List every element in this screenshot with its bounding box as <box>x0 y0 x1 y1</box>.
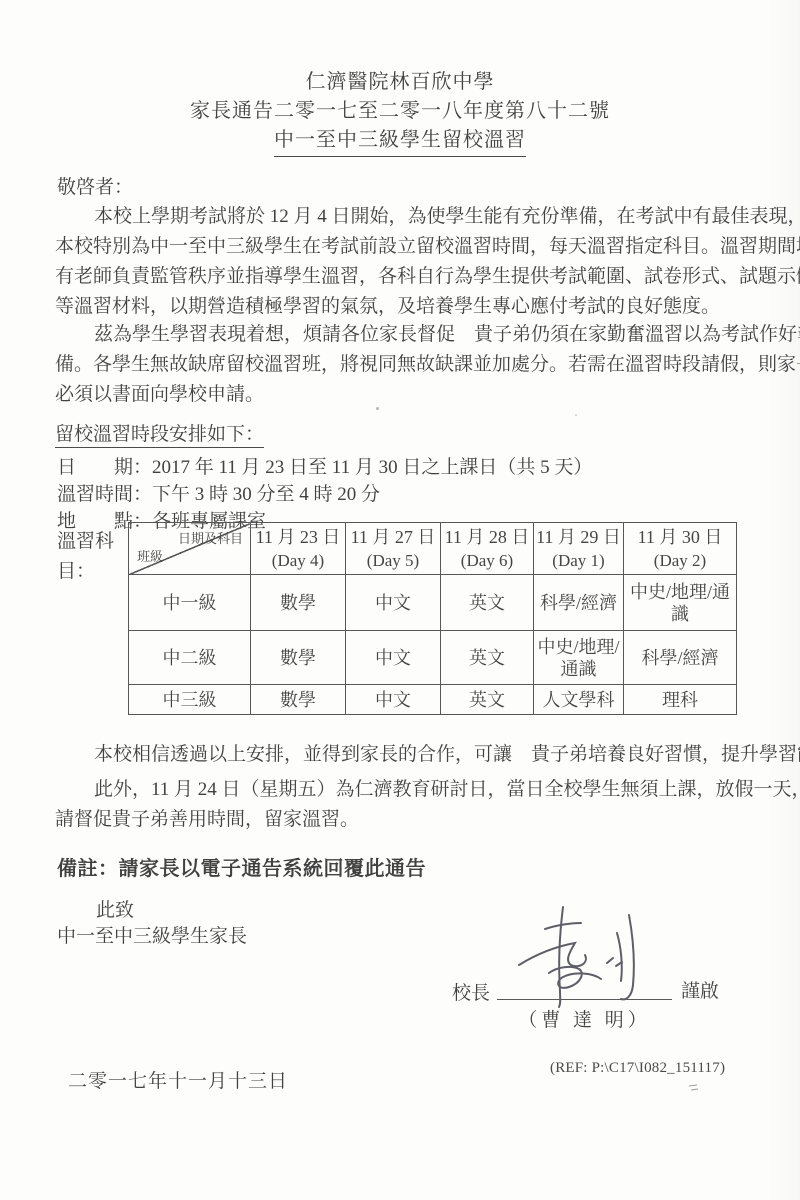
revision-schedule-table: 日期及科目 班級 11 月 23 日(Day 4) 11 月 27 日(Day … <box>128 522 737 715</box>
subject-cell: 科學/經濟 <box>534 575 624 631</box>
table-row: 中一級 數學 中文 英文 科學/經濟 中史/地理/通識 <box>129 575 737 631</box>
grade-cell: 中一級 <box>129 575 251 631</box>
schedule-date-row: 日 期：2017 年 11 月 23 日至 11 月 30 日之上課日（共 5 … <box>57 452 592 479</box>
paragraph-intro: 本校上學期考試將於 12 月 4 日開始，為使學生能有充份準備，在考試中有最佳表… <box>55 202 800 322</box>
notice-subject: 中一至中三級學生留校溫習 <box>0 126 800 157</box>
table-row: 中三級 數學 中文 英文 人文學科 理科 <box>129 685 737 715</box>
principal-label: 校長 <box>452 978 490 1005</box>
subject-cell: 數學 <box>251 575 346 631</box>
paragraph-cooperation: 本校相信透過以上安排，並得到家長的合作，可讓 貴子弟培養良好習慣，提升學習能力。 <box>55 740 800 770</box>
corner-label-class: 班級 <box>137 546 163 568</box>
subject-cell: 人文學科 <box>534 685 624 715</box>
paragraph-reminder: 茲為學生學習表現着想，煩請各位家長督促 貴子弟仍須在家勤奮溫習以為考試作好準 備… <box>55 320 800 410</box>
subject-cell: 英文 <box>441 631 534 685</box>
subject-cell: 數學 <box>251 631 346 685</box>
schedule-date-value: 2017 年 11 月 23 日至 11 月 30 日之上課日（共 5 天） <box>152 457 592 478</box>
schedule-time-value: 下午 3 時 30 分至 4 時 20 分 <box>152 484 380 505</box>
column-header: 11 月 28 日(Day 6) <box>441 523 534 575</box>
scan-artifact <box>575 414 577 416</box>
paragraph-holiday-line: 請督促貴子弟善用時間，留家溫習。 <box>55 805 800 835</box>
subject-cell: 數學 <box>251 685 346 715</box>
paragraph-reminder-line: 備。各學生無故缺席留校溫習班，將視同無故缺課並加處分。若需在溫習時段請假，則家長 <box>55 350 800 380</box>
paragraph-cooperation-line: 本校相信透過以上安排，並得到家長的合作，可讓 貴子弟培養良好習慣，提升學習能力。 <box>55 740 800 770</box>
paragraph-intro-line: 本校上學期考試將於 12 月 4 日開始，為使學生能有充份準備，在考試中有最佳表… <box>55 202 800 232</box>
paragraph-reminder-line: 茲為學生學習表現着想，煩請各位家長督促 貴子弟仍須在家勤奮溫習以為考試作好準 <box>55 320 800 350</box>
closing-recipient: 中一至中三級學生家長 <box>57 921 247 948</box>
schedule-time-label: 溫習時間： <box>57 484 152 505</box>
issue-date: 二零一七年十一月十三日 <box>68 1066 288 1093</box>
schedule-heading: 留校溫習時段安排如下： <box>55 419 264 448</box>
subject-cell: 科學/經濟 <box>624 631 737 685</box>
subject-cell: 英文 <box>441 685 534 715</box>
schedule-time-row: 溫習時間：下午 3 時 30 分至 4 時 20 分 <box>57 479 380 506</box>
subject-cell: 中文 <box>346 685 441 715</box>
subject-cell: 理科 <box>624 685 737 715</box>
column-header: 11 月 23 日(Day 4) <box>251 523 346 575</box>
grade-cell: 中二級 <box>129 631 251 685</box>
grade-cell: 中三級 <box>129 685 251 715</box>
scanned-notice-page: 仁濟醫院林百欣中學 家長通告二零一七至二零一八年度第八十二號 中一至中三級學生留… <box>0 0 800 1200</box>
table-corner-cell: 日期及科目 班級 <box>129 523 251 575</box>
paragraph-holiday: 此外，11 月 24 日（星期五）為仁濟教育研討日，當日全校學生無須上課，放假一… <box>55 775 800 835</box>
school-name: 仁濟醫院林百欣中學 <box>0 68 800 97</box>
subject-cell: 中文 <box>346 575 441 631</box>
paragraph-reminder-line: 必須以書面向學校申請。 <box>55 380 800 410</box>
notice-header: 仁濟醫院林百欣中學 家長通告二零一七至二零一八年度第八十二號 中一至中三級學生留… <box>0 68 800 157</box>
salutation: 敬啓者： <box>57 172 133 199</box>
subject-cell: 中史/地理/通識 <box>624 575 737 631</box>
schedule-date-label: 日 期： <box>57 457 152 478</box>
corner-label-date-subject: 日期及科目 <box>178 528 243 550</box>
subject-cell: 中史/地理/通識 <box>534 631 624 685</box>
paragraph-holiday-line: 此外，11 月 24 日（星期五）為仁濟教育研討日，當日全校學生無須上課，放假一… <box>55 775 800 805</box>
column-header: 11 月 27 日(Day 5) <box>346 523 441 575</box>
respectfully-label: 謹啟 <box>681 976 719 1003</box>
remark: 備註：請家長以電子通告系統回覆此通告 <box>57 852 426 881</box>
column-header: 11 月 29 日(Day 1) <box>534 523 624 575</box>
subject-cell: 中文 <box>346 631 441 685</box>
paragraph-intro-line: 本校特別為中一至中三級學生在考試前設立留校溫習時間，每天溫習指定科目。溫習期間均 <box>55 232 800 262</box>
scan-artifact <box>376 407 379 410</box>
subject-cell: 英文 <box>441 575 534 631</box>
file-reference: (REF: P:\C17\I082_151117) <box>550 1060 725 1077</box>
closing-cichi: 此致 <box>96 895 134 922</box>
column-header: 11 月 30 日(Day 2) <box>624 523 737 575</box>
paragraph-intro-line: 等溫習材料，以期營造積極學習的氣氛，及培養學生專心應付考試的良好態度。 <box>55 292 800 322</box>
paragraph-intro-line: 有老師負責監管秩序並指導學生溫習，各科自行為學生提供考試範圍、試卷形式、試題示例 <box>55 262 800 292</box>
notice-number: 家長通告二零一七至二零一八年度第八十二號 <box>0 97 800 126</box>
principal-signature-handwriting <box>505 903 675 1011</box>
schedule-subjects-label: 溫習科 目： <box>57 527 114 587</box>
scan-artifact <box>688 1084 700 1092</box>
table-row: 中二級 數學 中文 英文 中史/地理/通識 科學/經濟 <box>129 631 737 685</box>
